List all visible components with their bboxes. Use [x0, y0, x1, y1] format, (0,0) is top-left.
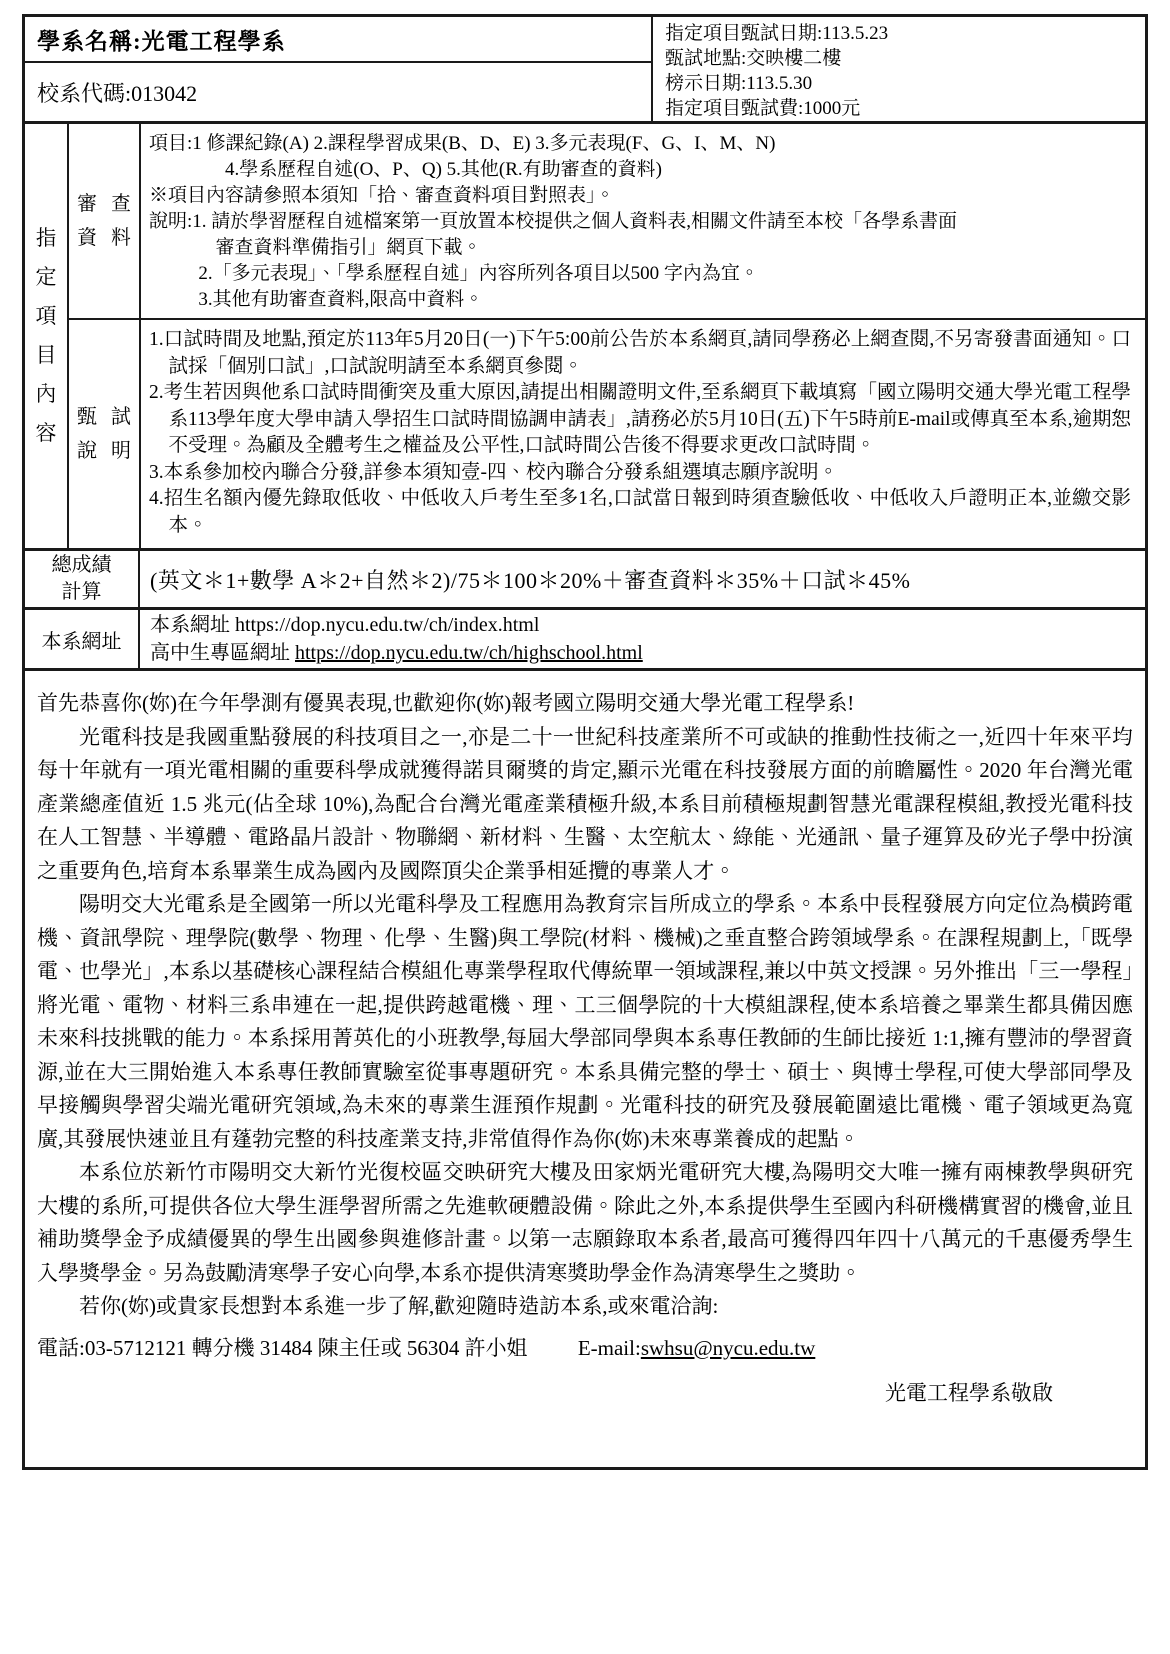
exam-note-2: 2.考生若因與他系口試時間衝突及重大原因,請提出相關證明文件,至系網頁下載填寫「…	[149, 380, 1131, 460]
highschool-website-line: 高中生專區網址 https://dop.nycu.edu.tw/ch/highs…	[150, 639, 1135, 667]
paragraph-campus-scholarship: 本系位於新竹市陽明交大新竹光復校區交映研究大樓及田家炳光電研究大樓,為陽明交大唯…	[37, 1156, 1133, 1290]
exam-fee: 指定項目甄試費:1000元	[665, 96, 1141, 121]
dept-website-label: 本系網址	[150, 614, 235, 636]
result-date: 榜示日期:113.5.30	[665, 71, 1141, 96]
exam-note-1: 1.口試時間及地點,預定於113年5月20日(一)下午5:00前公告於本系網頁,…	[149, 327, 1131, 380]
email-link[interactable]: swhsu@nycu.edu.tw	[641, 1336, 816, 1360]
review-items-line2: 4.學系歷程自述(O、P、Q) 5.其他(R.有助審查的資料)	[225, 157, 1131, 183]
signature: 光電工程學系敬啟	[37, 1377, 1133, 1411]
review-materials-label: 審查資料	[69, 124, 141, 318]
website-section: 本系網址 本系網址 https://dop.nycu.edu.tw/ch/ind…	[25, 610, 1145, 671]
dept-website-url: https://dop.nycu.edu.tw/ch/index.html	[235, 614, 539, 636]
header-section: 學系名稱:光電工程學系 校系代碼:013042 指定項目甄試日期:113.5.2…	[25, 17, 1145, 124]
exam-note-4: 4.招生名額內優先錄取低收、中低收入戶考生至多1名,口試當日報到時須查驗低收、中…	[149, 486, 1131, 539]
exam-date: 指定項目甄試日期:113.5.23	[665, 21, 1141, 46]
greeting-paragraph: 首先恭喜你(妳)在今年學測有優異表現,也歡迎你(妳)報考國立陽明交通大學光電工程…	[37, 687, 1133, 721]
paragraph-department-curriculum: 陽明交大光電系是全國第一所以光電科學及工程應用為教育宗旨所成立的學系。本系中長程…	[37, 888, 1133, 1156]
exam-notes-label: 甄試說明	[69, 320, 141, 548]
review-explanation-3: 3.其他有助審查資料,限高中資料。	[198, 287, 1131, 313]
review-explanation-1: 說明:1. 請於學習歷程自述檔案第一頁放置本校提供之個人資料表,相關文件請至本校…	[149, 209, 1131, 235]
total-score-formula: (英文＊1+數學 A＊2+自然＊2)/75＊100＊20%＋審查資料＊35%＋口…	[140, 551, 1145, 607]
header-left-block: 學系名稱:光電工程學系 校系代碼:013042	[25, 17, 653, 121]
contact-phone: 電話:03-5712121 轉分機 31484 陳主任或 56304 許小姐	[37, 1336, 528, 1360]
review-items-line1: 項目:1 修課紀錄(A) 2.課程學習成果(B、D、E) 3.多元表現(F、G、…	[149, 131, 1131, 157]
total-score-section: 總成績計算 (英文＊1+數學 A＊2+自然＊2)/75＊100＊20%＋審查資料…	[25, 551, 1145, 610]
contact-line: 電話:03-5712121 轉分機 31484 陳主任或 56304 許小姐 E…	[37, 1332, 1133, 1366]
highschool-website-link[interactable]: https://dop.nycu.edu.tw/ch/highschool.ht…	[295, 642, 643, 664]
school-code: 校系代碼:013042	[25, 63, 651, 121]
highschool-website-label: 高中生專區網址	[150, 642, 295, 664]
paragraph-photonics-overview: 光電科技是我國重點發展的科技項目之一,亦是二十一世紀科技產業所不可或缺的推動性技…	[37, 721, 1133, 889]
total-score-label: 總成績計算	[25, 551, 140, 607]
website-row-label: 本系網址	[25, 610, 140, 668]
review-materials-row: 審查資料 項目:1 修課紀錄(A) 2.課程學習成果(B、D、E) 3.多元表現…	[69, 124, 1145, 320]
exam-note-3: 3.本系參加校內聯合分發,詳參本須知壹-四、校內聯合分發系組選填志願序說明。	[149, 460, 1131, 487]
designated-items-row-label: 指定項目內容	[25, 124, 69, 548]
department-name: 學系名稱:光電工程學系	[25, 17, 651, 63]
dept-website-line: 本系網址 https://dop.nycu.edu.tw/ch/index.ht…	[150, 611, 1135, 639]
introduction-letter: 首先恭喜你(妳)在今年學測有優異表現,也歡迎你(妳)報考國立陽明交通大學光電工程…	[25, 671, 1145, 1467]
exam-info-block: 指定項目甄試日期:113.5.23 甄試地點:交映樓二樓 榜示日期:113.5.…	[653, 17, 1145, 121]
review-explanation-2: 2.「多元表現」、「學系歷程自述」內容所列各項目以500 字內為宜。	[198, 261, 1131, 287]
designated-items-section: 指定項目內容 審查資料 項目:1 修課紀錄(A) 2.課程學習成果(B、D、E)…	[25, 124, 1145, 551]
review-note: ※項目內容請參照本須知「拾、審查資料項目對照表」。	[149, 183, 1131, 209]
admission-notice-table: 學系名稱:光電工程學系 校系代碼:013042 指定項目甄試日期:113.5.2…	[22, 14, 1148, 1470]
exam-location: 甄試地點:交映樓二樓	[665, 46, 1141, 71]
review-explanation-1-cont: 審查資料準備指引」網頁下載。	[216, 235, 1132, 261]
exam-notes-content: 1.口試時間及地點,預定於113年5月20日(一)下午5:00前公告於本系網頁,…	[141, 320, 1145, 548]
review-materials-content: 項目:1 修課紀錄(A) 2.課程學習成果(B、D、E) 3.多元表現(F、G、…	[141, 124, 1145, 318]
exam-notes-row: 甄試說明 1.口試時間及地點,預定於113年5月20日(一)下午5:00前公告於…	[69, 320, 1145, 548]
paragraph-inquiry-invitation: 若你(妳)或貴家長想對本系進一步了解,歡迎隨時造訪本系,或來電洽詢:	[37, 1290, 1133, 1324]
email-label: E-mail:	[578, 1336, 641, 1360]
